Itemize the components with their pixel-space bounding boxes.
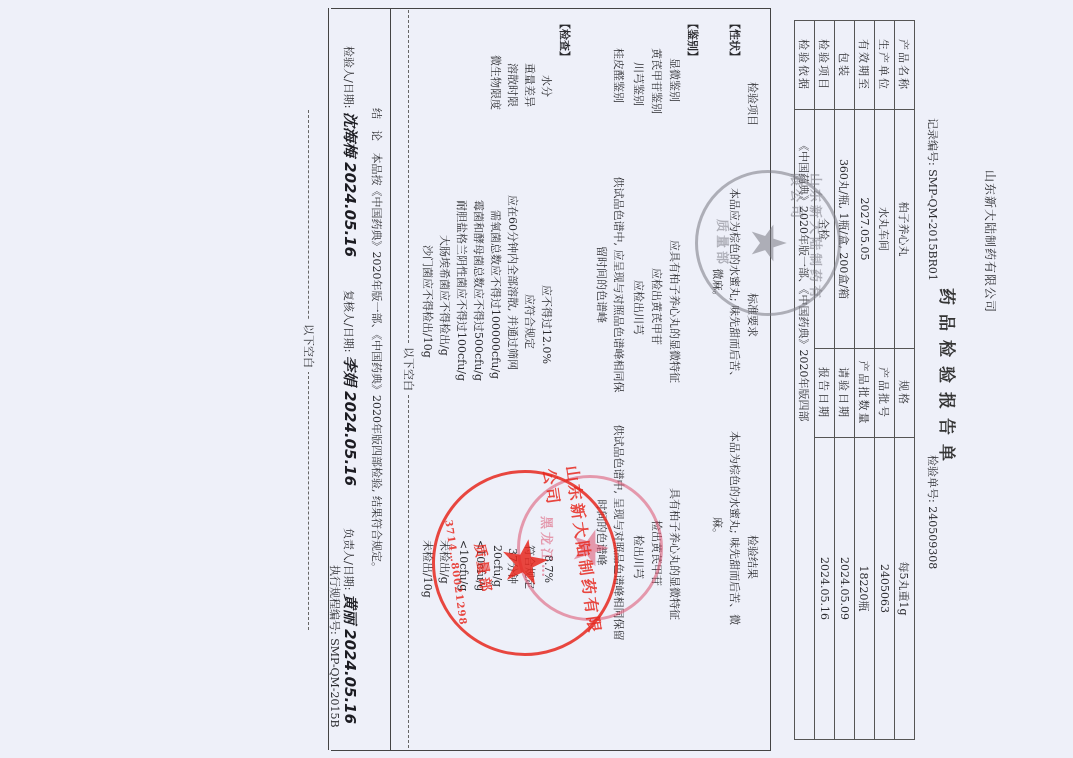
table-row: 检验依据 《中国药典》2020年版一部、《中国药典》2020年版四部 xyxy=(795,21,815,740)
table-row: 包装 360丸/瓶, 1瓶/盒, 200盒/箱 请验日期 2024.05.09 xyxy=(835,21,855,740)
item-name: 重量差异 xyxy=(522,63,538,107)
star-icon: ★ xyxy=(744,221,792,264)
conclusion-text: 本品按《中国药典》2020年版一部、《中国药典》2020年版四部检验, 结果符合… xyxy=(370,153,383,573)
result-cell: <10cfu/g xyxy=(474,540,487,591)
product-info-table: 产品名称 柏子养心丸 规格 每5丸重1g 生产单位 水丸车间 产品批号 2405… xyxy=(794,20,915,740)
company-name: 山东新大陆制药有限公司 xyxy=(982,170,999,313)
label-report-date: 报告日期 xyxy=(815,349,835,438)
label-package: 包装 xyxy=(835,21,855,110)
item-name: 溶散时限 xyxy=(505,63,521,107)
footer-blank-note: 以下空白 xyxy=(301,320,317,372)
result-cell: 8.7% xyxy=(542,555,555,583)
inspection-report-page: 山东新大陆制药有限公司 药品检验报告单 记录编号: SMP-QM-2015BR0… xyxy=(0,0,1073,758)
result-cell: 37分钟 xyxy=(505,548,521,584)
section-appearance: 【性状】 xyxy=(727,18,743,62)
label-test-items: 检验项目 xyxy=(815,21,835,110)
reviewer-label: 复核人/日期: xyxy=(342,290,355,352)
label-spec: 规格 xyxy=(895,349,915,438)
value-batch-no: 2405063 xyxy=(875,438,895,740)
result-cell: 20cfu/g xyxy=(491,545,504,587)
label-batch-qty: 产品批数量 xyxy=(855,349,875,438)
value-expiry: 2027.05.05 xyxy=(855,110,875,349)
section-tests: 【检查】 xyxy=(557,18,573,62)
section-identification: 【鉴别】 xyxy=(685,18,701,62)
standard-cell: 耐胆盐格兰阴性菌应不得过100cfu/g xyxy=(454,200,470,381)
report-number-label: 检验单号: xyxy=(926,455,939,503)
inspector-signature: 沈海梅 2024.05.16 xyxy=(341,112,359,257)
value-package: 360丸/瓶, 1瓶/盒, 200盒/箱 xyxy=(835,110,855,349)
item-name: 黄芪甲苷鉴别 xyxy=(649,48,665,114)
label-expiry: 有效期至 xyxy=(855,21,875,110)
result-cell: 未检出/g xyxy=(437,540,453,584)
result-cell: 本品为棕色的水蜜丸; 味先甜而后苦、微麻。 xyxy=(709,428,743,628)
conclusion: 结 论 本品按《中国药典》2020年版一部、《中国药典》2020年版四部检验, … xyxy=(369,108,385,573)
item-name: 水分 xyxy=(539,75,555,97)
signature-row: 检验人/日期: 沈海梅 2024.05.16 xyxy=(340,46,361,257)
standard-cell: 供试品色谱中, 应呈现与对照品色谱峰相同保留时间的色谱峰 xyxy=(593,172,627,397)
procedure-label: 执行规程编号: xyxy=(328,565,341,635)
item-name: 显微鉴别 xyxy=(667,58,683,102)
result-cell: 供试品色谱中, 呈现与对照品色谱峰相同保留时间的色谱峰 xyxy=(593,420,627,645)
item-name: 微生物限度 xyxy=(488,55,504,110)
record-number-label: 记录编号: xyxy=(926,118,939,166)
divider xyxy=(390,8,391,750)
standard-cell: 应符合规定 xyxy=(522,294,538,349)
value-product-name: 柏子养心丸 xyxy=(895,110,915,349)
value-batch-qty: 18220瓶 xyxy=(855,438,875,740)
result-cell: 具有柏子养心丸的显微特征 xyxy=(667,488,683,620)
standard-cell: 应检出川芎 xyxy=(631,280,647,335)
record-number: 记录编号: SMP-QM-2015BR01 xyxy=(925,118,941,281)
label-product-name: 产品名称 xyxy=(895,21,915,110)
standard-cell: 沙门菌应不得检出/10g xyxy=(420,245,436,358)
divider xyxy=(328,8,329,750)
record-number-value: SMP-QM-2015BR01 xyxy=(926,169,939,281)
value-producer: 水丸车间 xyxy=(875,110,895,349)
label-basis: 检验依据 xyxy=(795,21,815,110)
header-item: 检验项目 xyxy=(745,82,761,126)
standard-cell: 需氧菌总数应不得过100000cfu/g xyxy=(488,210,504,379)
value-basis: 《中国药典》2020年版一部、《中国药典》2020年版四部 xyxy=(795,110,815,740)
result-cell: 符合规定 xyxy=(522,545,538,589)
conclusion-label: 结 论 xyxy=(370,108,383,141)
table-row: 检验项目 全检 报告日期 2024.05.16 xyxy=(815,21,835,740)
divider xyxy=(331,8,771,9)
standard-cell: 大肠埃希菌应不得检出/g xyxy=(437,235,453,356)
procedure-value: SMP-QM-2015B xyxy=(328,638,341,727)
inspector-label: 检验人/日期: xyxy=(342,46,355,108)
signature-row: 复核人/日期: 李娟 2024.05.16 xyxy=(340,290,361,486)
header-result: 检验结果 xyxy=(745,535,761,579)
divider xyxy=(331,750,771,751)
value-report-date: 2024.05.16 xyxy=(815,438,835,740)
item-name: 桂皮醛鉴别 xyxy=(611,48,627,103)
standard-cell: 霉菌和酵母菌总数应不得过500cfu/g xyxy=(471,200,487,381)
divider xyxy=(770,8,771,750)
standard-cell: 本品应为棕色的水蜜丸; 味先甜而后苦、微麻。 xyxy=(709,185,743,385)
label-batch-no: 产品批号 xyxy=(875,349,895,438)
table-row: 产品名称 柏子养心丸 规格 每5丸重1g xyxy=(895,21,915,740)
result-cell: 未检出/10g xyxy=(420,540,436,598)
table-row: 有效期至 2027.05.05 产品批数量 18220瓶 xyxy=(855,21,875,740)
value-request-date: 2024.05.09 xyxy=(835,438,855,740)
procedure-number: 执行规程编号: SMP-QM-2015B xyxy=(327,565,343,728)
responsible-signature: 黄丽 2024.05.16 xyxy=(341,594,359,724)
signature-row: 负责人/日期: 黄丽 2024.05.16 xyxy=(340,528,361,724)
table-row: 生产单位 水丸车间 产品批号 2405063 xyxy=(875,21,895,740)
responsible-label: 负责人/日期: xyxy=(342,528,355,590)
report-number: 检验单号: 240509308 xyxy=(925,455,941,569)
label-producer: 生产单位 xyxy=(875,21,895,110)
standard-cell: 应检出黄芪甲苷 xyxy=(649,268,665,345)
reviewer-signature: 李娟 2024.05.16 xyxy=(341,356,359,486)
standard-cell: 应具有柏子养心丸的显微特征 xyxy=(667,240,683,383)
header-standard: 标准要求 xyxy=(745,293,761,337)
value-spec: 每5丸重1g xyxy=(895,438,915,740)
label-request-date: 请验日期 xyxy=(835,349,855,438)
result-cell: 检出川芎 xyxy=(631,535,647,579)
result-cell: <10cfu/g xyxy=(457,540,470,591)
result-cell: 检出黄芪甲苷 xyxy=(649,520,665,586)
report-number-value: 240509308 xyxy=(926,506,939,569)
blank-note: 以下空白 xyxy=(401,343,417,395)
standard-cell: 应不得过12.0% xyxy=(539,285,555,364)
standard-cell: 应在60分钟内全部溶散, 并通过筛网 xyxy=(505,195,521,370)
report-title: 药品检验报告单 xyxy=(936,288,961,470)
item-name: 川芎鉴别 xyxy=(631,62,647,106)
value-test-items: 全检 xyxy=(815,110,835,349)
